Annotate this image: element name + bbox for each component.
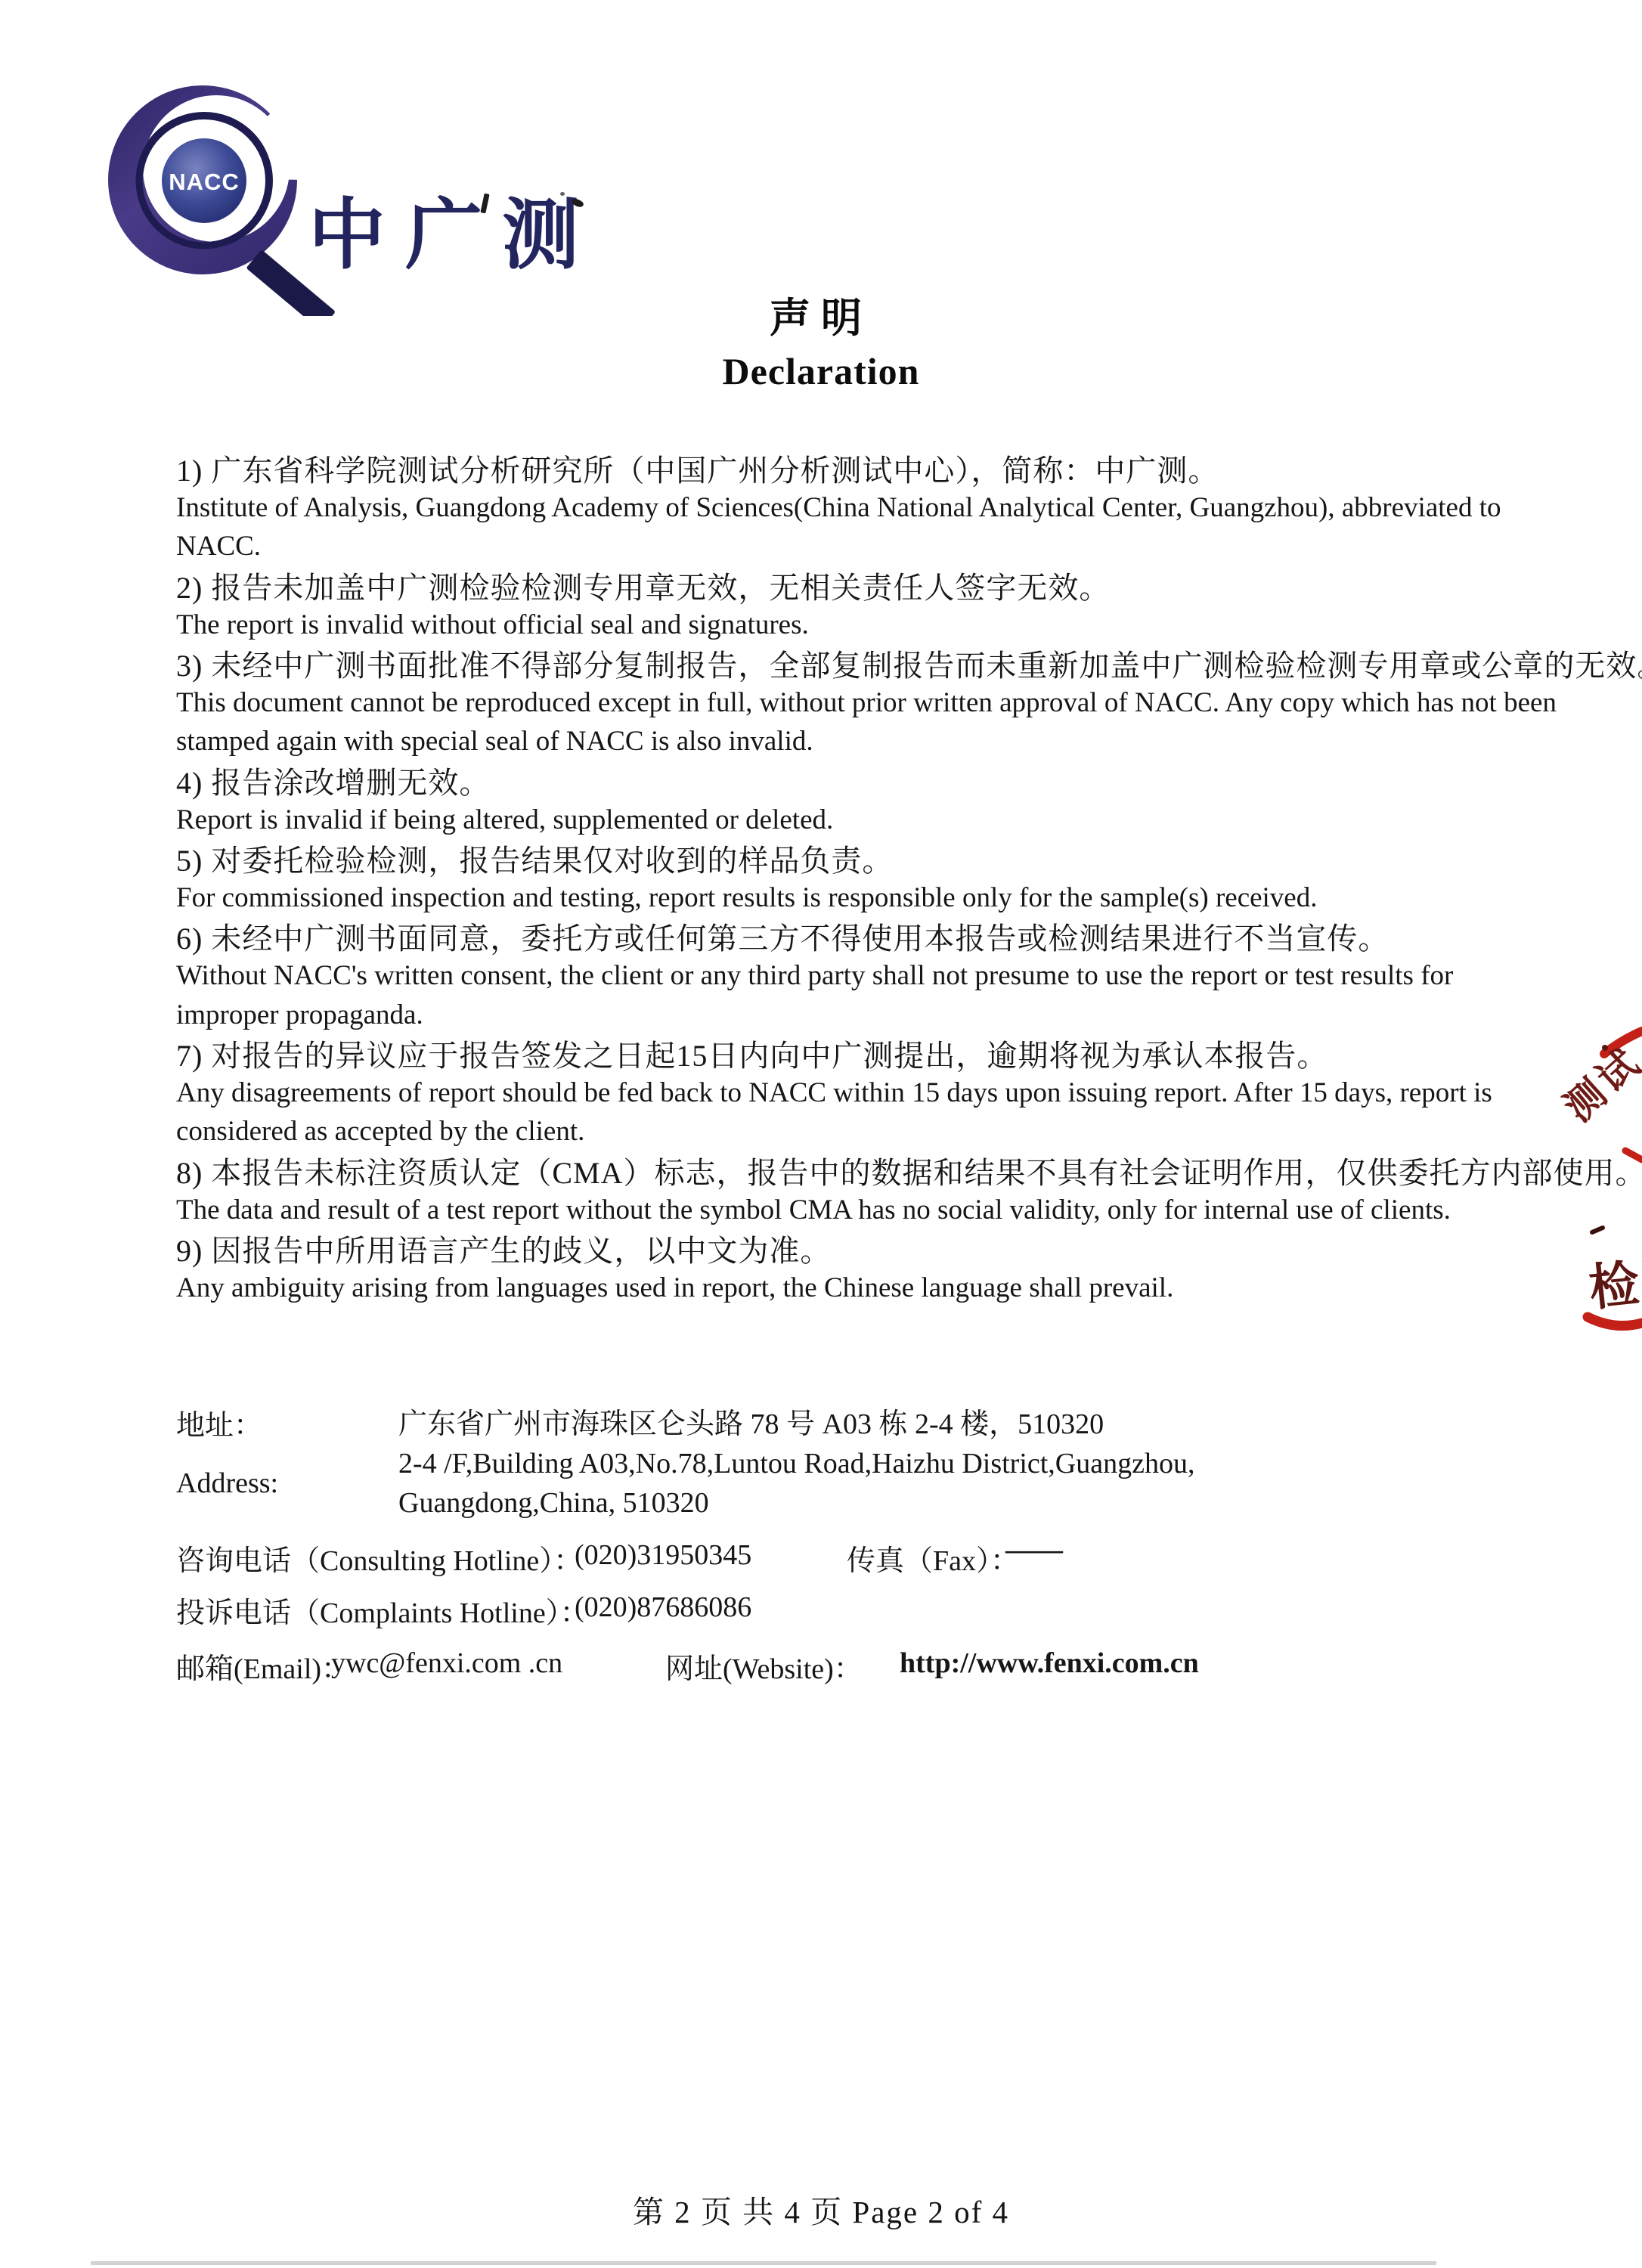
declaration-line: 5) 对委托检验检测，报告结果仅对收到的样品负责。 — [176, 839, 1537, 878]
seal-mid-tick — [1625, 1151, 1642, 1160]
declaration-line: 1) 广东省科学院测试分析研究所（中国广州分析测试中心），简称：中广测。 — [176, 449, 1537, 488]
address-label-en: Address: — [176, 1467, 278, 1500]
nacc-badge-text: NACC — [169, 169, 240, 195]
declaration-line: 9) 因报告中所用语言产生的歧义，以中文为准。 — [176, 1229, 1537, 1269]
address-value-zh: 广东省广州市海珠区仑头路 78 号 A03 栋 2-4 楼，510320 — [398, 1400, 1104, 1442]
scan-artifact-mark — [560, 192, 565, 196]
declaration-line: NACC. — [176, 527, 1537, 566]
declaration-line: Any ambiguity arising from languages use… — [176, 1268, 1537, 1307]
page-title-en: Declaration — [0, 349, 1642, 393]
declaration-line: Any disagreements of report should be fe… — [176, 1074, 1537, 1113]
email-label: 邮箱(Email)： — [176, 1645, 350, 1687]
declaration-line: Report is invalid if being altered, supp… — [176, 800, 1537, 839]
declaration-line: considered as accepted by the client. — [176, 1112, 1537, 1151]
seal-top-text: 测试 — [1557, 1039, 1642, 1130]
declaration-line: 4) 报告涂改增删无效。 — [176, 761, 1537, 801]
complaints-hotline-label: 投诉电话（Complaints Hotline）： — [176, 1589, 589, 1631]
declaration-line: 7) 对报告的异议应于报告签发之日起15日内向中广测提出，逾期将视为承认本报告。 — [176, 1034, 1537, 1074]
seal-bottom-arc — [1588, 1317, 1642, 1326]
declaration-line: 6) 未经中广测书面同意，委托方或任何第三方不得使用本报告或检测结果进行不当宣传… — [176, 917, 1537, 956]
fax-label: 传真（Fax）： — [847, 1537, 1019, 1579]
seal-bottom-text: 检验 — [1586, 1249, 1642, 1315]
address-label-zh: 地址： — [176, 1402, 262, 1443]
scan-edge-artifact — [91, 2261, 1436, 2265]
website-label: 网址(Website)： — [665, 1645, 863, 1687]
declaration-line: Without NACC's written consent, the clie… — [176, 956, 1537, 996]
website-value: http://www.fenxi.com.cn — [900, 1647, 1199, 1680]
declaration-line: 2) 报告未加盖中广测检验检测专用章无效，无相关责任人签字无效。 — [176, 566, 1537, 606]
declaration-line: improper propaganda. — [176, 995, 1537, 1034]
red-seal-fragment: 测试 检验 — [1542, 1013, 1642, 1338]
declaration-line: 3) 未经中广测书面批准不得部分复制报告，全部复制报告而未重新加盖中广测检验检测… — [176, 644, 1537, 683]
crescent-gap — [280, 104, 310, 180]
nacc-logo: NACC 中广测 — [82, 59, 581, 316]
declaration-line: For commissioned inspection and testing,… — [176, 878, 1537, 918]
declaration-line: This document cannot be reproduced excep… — [176, 683, 1537, 723]
declaration-line: stamped again with special seal of NACC … — [176, 722, 1537, 761]
complaints-hotline-value: (020)87686086 — [575, 1591, 751, 1624]
fax-value: —— — [1005, 1533, 1063, 1566]
declaration-page: NACC 中广测 声明 Declaration 1) 广东省科学院测试分析研究所… — [0, 0, 1642, 2268]
declaration-line: 8) 本报告未标注资质认定（CMA）标志，报告中的数据和结果不具有社会证明作用，… — [176, 1151, 1537, 1191]
declaration-body: 1) 广东省科学院测试分析研究所（中国广州分析测试中心），简称：中广测。 Ins… — [176, 449, 1537, 1307]
consulting-hotline-label: 咨询电话（Consulting Hotline）： — [176, 1537, 582, 1579]
page-number-footer: 第 2 页 共 4 页 Page 2 of 4 — [0, 2187, 1642, 2232]
page-title-zh: 声明 — [0, 286, 1642, 344]
declaration-line: Institute of Analysis, Guangdong Academy… — [176, 488, 1537, 528]
brand-text: 中广测 — [308, 192, 581, 278]
declaration-line: The data and result of a test report wit… — [176, 1190, 1537, 1229]
magnifier-logo-icon: NACC 中广测 — [82, 59, 581, 316]
address-value-en-line1: 2-4 /F,Building A03,No.78,Luntou Road,Ha… — [398, 1447, 1194, 1480]
email-value: ywc@fenxi.com .cn — [331, 1647, 562, 1680]
address-value-en-line2: Guangdong,China, 510320 — [398, 1486, 709, 1520]
consulting-hotline-value: (020)31950345 — [575, 1538, 751, 1572]
declaration-line: The report is invalid without official s… — [176, 605, 1537, 644]
